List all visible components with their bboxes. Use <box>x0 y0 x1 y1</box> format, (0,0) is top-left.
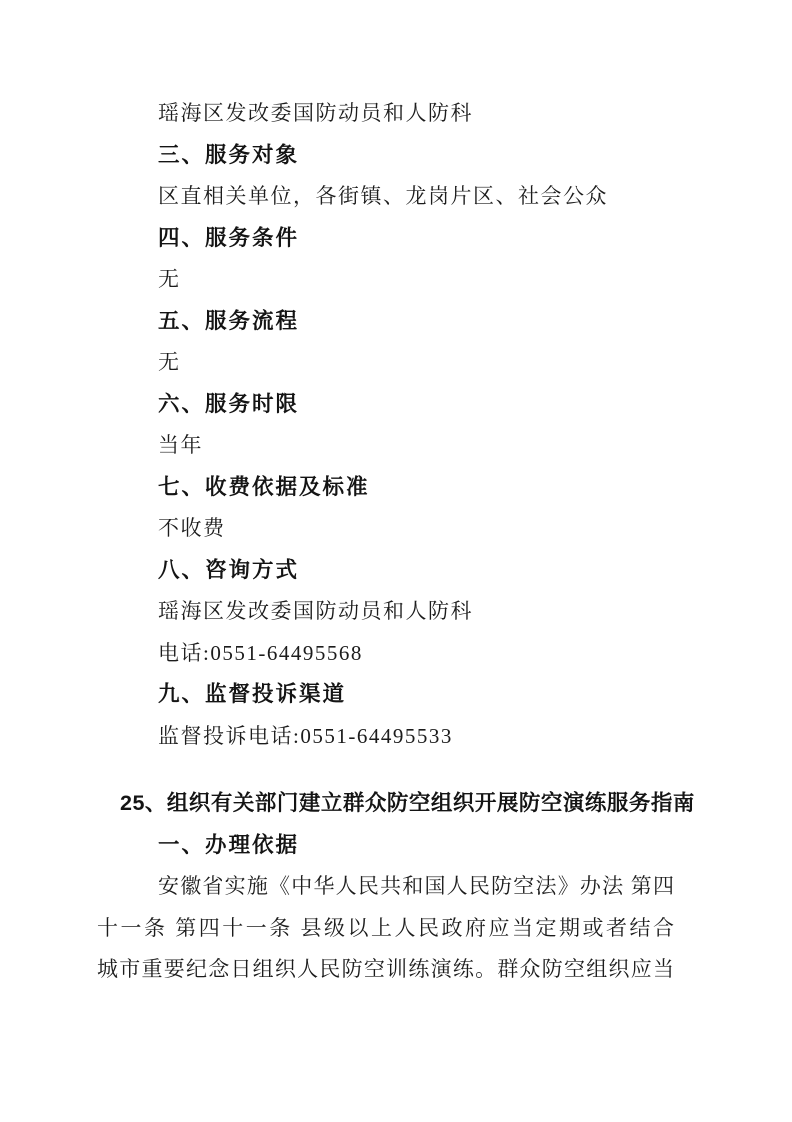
complaint-phone-line: 监督投诉电话:0551-64495533 <box>97 716 675 758</box>
legal-basis-paragraph-line: 城市重要纪念日组织人民防空训练演练。群众防空组织应当 <box>97 949 675 991</box>
section-heading-service-process: 五、服务流程 <box>97 301 675 343</box>
document-content: 瑶海区发改委国防动员和人防科 三、服务对象 区直相关单位，各街镇、龙岗片区、社会… <box>97 93 675 991</box>
service-deadline-line: 当年 <box>97 425 675 467</box>
section-heading-service-condition: 四、服务条件 <box>97 218 675 260</box>
fee-standard-line: 不收费 <box>97 508 675 550</box>
consult-phone-line: 电话:0551-64495568 <box>97 633 675 675</box>
service-condition-line: 无 <box>97 259 675 301</box>
section-heading-service-deadline: 六、服务时限 <box>97 384 675 426</box>
service-process-line: 无 <box>97 342 675 384</box>
legal-basis-paragraph-line: 十一条 第四十一条 县级以上人民政府应当定期或者结合 <box>97 908 675 950</box>
department-line: 瑶海区发改委国防动员和人防科 <box>97 93 675 135</box>
section-heading-consult-method: 八、咨询方式 <box>97 550 675 592</box>
section-heading-service-target: 三、服务对象 <box>97 135 675 177</box>
legal-basis-paragraph-line: 安徽省实施《中华人民共和国人民防空法》办法 第四 <box>97 866 675 908</box>
document-page: 瑶海区发改委国防动员和人防科 三、服务对象 区直相关单位，各街镇、龙岗片区、社会… <box>0 0 792 1122</box>
section-heading-fee-standard: 七、收费依据及标准 <box>97 467 675 509</box>
section-heading-complaint-channel: 九、监督投诉渠道 <box>97 674 675 716</box>
service-target-line: 区直相关单位，各街镇、龙岗片区、社会公众 <box>97 176 675 218</box>
section-heading-legal-basis: 一、办理依据 <box>97 825 675 867</box>
guide-title-25: 25、组织有关部门建立群众防空组织开展防空演练服务指南 <box>97 783 675 825</box>
consult-department-line: 瑶海区发改委国防动员和人防科 <box>97 591 675 633</box>
